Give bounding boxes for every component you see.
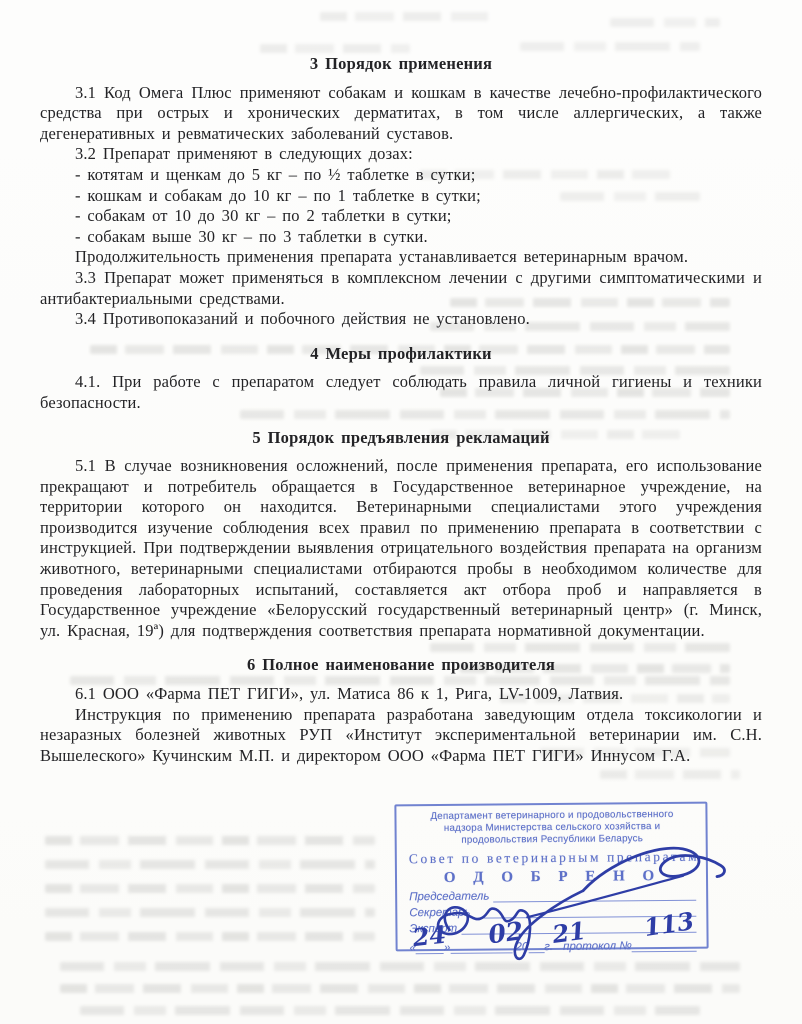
paragraph: 6.1 ООО «Фарма ПЕТ ГИГИ», ул. Матиса 86 … xyxy=(40,684,762,705)
stamp-field-secretary: Секретарь xyxy=(409,901,696,919)
year-line xyxy=(528,940,544,953)
ghost-line xyxy=(60,984,740,993)
paragraph: 4.1. При работе с препаратом следует соб… xyxy=(40,372,762,413)
stamp-approved-text: О Д О Б Р Е Н О xyxy=(409,867,696,887)
section-heading: 6 Полное наименование производителя xyxy=(40,655,762,676)
protocol-label: протокол № xyxy=(563,940,632,953)
paragraph: 3.3 Препарат может применяться в комплек… xyxy=(40,268,762,309)
document-body: 3 Порядок применения3.1 Код Омега Плюс п… xyxy=(0,0,802,766)
paragraph: Инструкция по применению препарата разра… xyxy=(40,705,762,767)
year-prefix: 20 xyxy=(515,941,528,953)
ghost-line xyxy=(45,908,375,917)
paragraph: 3.4 Противопоказаний и побочного действи… xyxy=(40,309,762,330)
day-line xyxy=(416,941,444,954)
ghost-line xyxy=(45,884,375,893)
stamp-field-label: Эксперт xyxy=(409,922,457,934)
paragraph: - котятам и щенкам до 5 кг – по ½ таблет… xyxy=(40,165,762,186)
approval-stamp: Департамент ветеринарного и продовольств… xyxy=(394,802,708,952)
signature-line xyxy=(461,919,696,934)
paragraph: - собакам от 10 до 30 кг – по 2 таблетки… xyxy=(40,206,762,227)
stamp-field-chairman: Председатель xyxy=(409,885,696,903)
signature-line xyxy=(474,903,696,918)
protocol-line xyxy=(632,938,697,952)
ghost-line xyxy=(45,836,375,845)
section-heading: 5 Порядок предъявления рекламаций xyxy=(40,428,762,449)
scanned-document-page: 3 Порядок применения3.1 Код Омега Плюс п… xyxy=(0,0,802,1024)
month-line xyxy=(450,940,512,954)
paragraph: Продолжительность применения препарата у… xyxy=(40,247,762,268)
ghost-line xyxy=(45,860,375,869)
paragraph: - кошкам и собакам до 10 кг – по 1 табле… xyxy=(40,186,762,207)
stamp-date-row: « » 20 г. протокол № xyxy=(410,934,697,954)
stamp-field-label: Председатель xyxy=(409,890,489,903)
stamp-field-label: Секретарь xyxy=(409,906,470,919)
ghost-line xyxy=(80,1006,700,1015)
stamp-field-expert: Эксперт xyxy=(409,917,696,935)
paragraph: 3.1 Код Омега Плюс применяют собакам и к… xyxy=(40,83,762,145)
signature-line xyxy=(493,887,696,902)
stamp-org-line: продовольствия Республики Беларусь xyxy=(409,833,696,848)
paragraph: 5.1 В случае возникновения осложнений, п… xyxy=(40,456,762,641)
paragraph: 3.2 Препарат применяют в следующих дозах… xyxy=(40,144,762,165)
section-heading: 3 Порядок применения xyxy=(40,54,762,75)
ghost-line xyxy=(60,962,740,971)
paragraph: - собакам выше 30 кг – по 3 таблетки в с… xyxy=(40,227,762,248)
ghost-line xyxy=(600,770,740,779)
stamp-council-title: Совет по ветеринарным препаратам xyxy=(409,848,696,867)
ghost-line xyxy=(45,932,375,941)
year-suffix: г. xyxy=(544,941,553,953)
stamp-organization: Департамент ветеринарного и продовольств… xyxy=(408,809,695,848)
section-heading: 4 Меры профилактики xyxy=(40,344,762,365)
